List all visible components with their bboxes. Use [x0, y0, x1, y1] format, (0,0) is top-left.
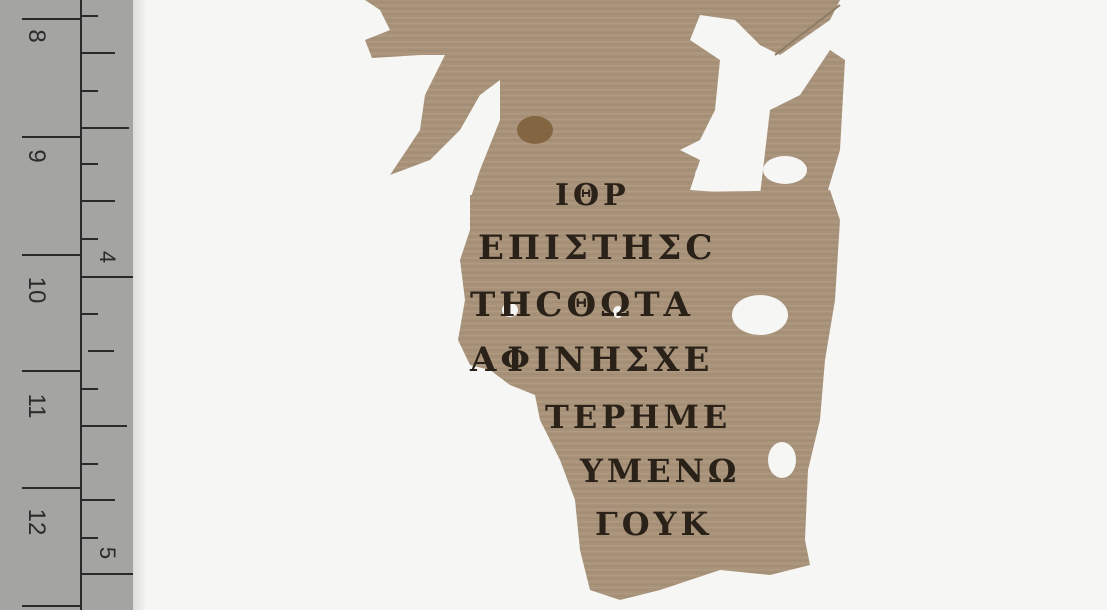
papyrus-text-line: ΓΟΥΚ	[595, 505, 712, 543]
papyrus-text-line: ΑΦΙΝΗΣΧΕ	[470, 340, 713, 380]
papyrus-text-line: ΙΘΡ	[555, 178, 630, 213]
papyrus-text-line: ΥΜΕΝΩ	[580, 452, 740, 490]
papyrus-text-line: ΤΕΡΗΜΕ	[545, 398, 731, 436]
papyrus-text-line: ΕΠΙΣΤΗΣϹ	[478, 228, 717, 268]
papyrus-text-line: ΤΗϹΘΩΤΑ	[470, 285, 694, 325]
